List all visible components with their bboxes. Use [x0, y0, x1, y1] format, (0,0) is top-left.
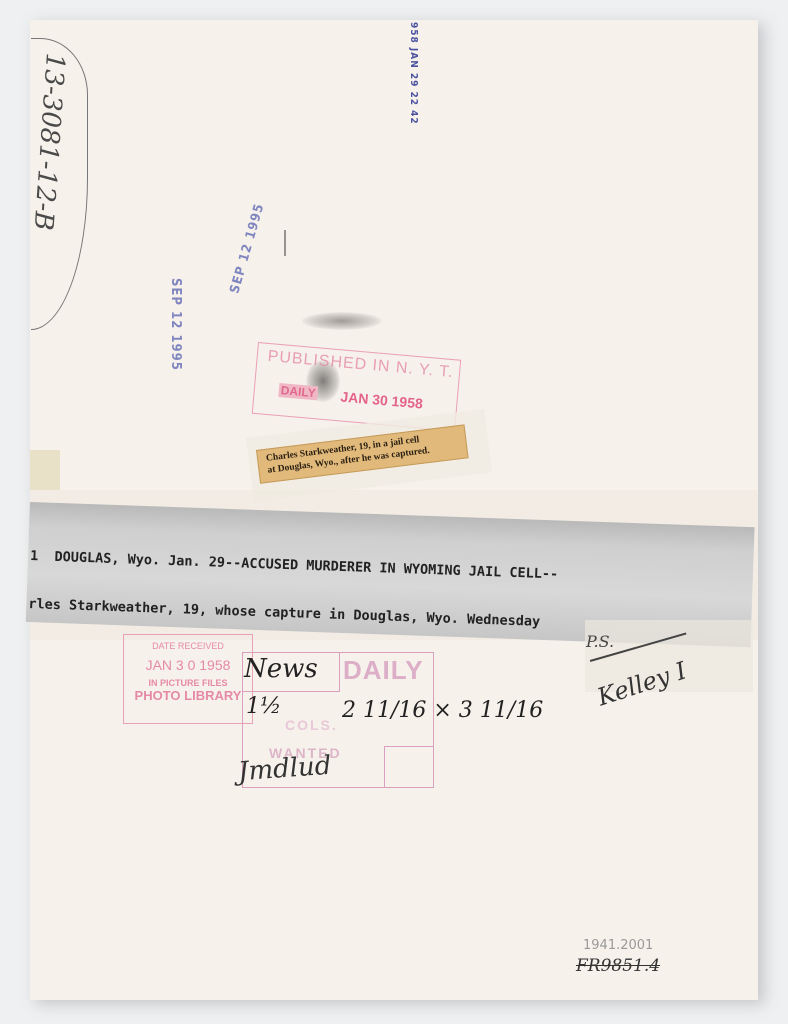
smudge-mark: [302, 312, 382, 330]
date-received-line3: IN PICTURE FILES: [124, 678, 252, 688]
note-columns: 1½: [246, 694, 281, 719]
pencil-stroke: [284, 230, 286, 256]
caption-line: 1 DOUGLAS, Wyo. Jan. 29--ACCUSED MURDERE…: [30, 548, 753, 589]
note-dimensions: 2 11/16 × 3 11/16: [342, 698, 543, 723]
daily-stamp-title: DAILY: [343, 655, 424, 686]
nyt-stamp-edition: DAILY: [278, 383, 318, 400]
tape-corner: [30, 450, 60, 490]
wire-receipt-stamp: 958 JAN 29 22 42: [408, 22, 419, 125]
daily-stamp-cols: COLS.: [285, 717, 338, 733]
object-id: FR9851.4: [576, 956, 660, 976]
nyt-stamp-title: PUBLISHED IN N. Y. T.: [267, 348, 454, 382]
date-received-date: JAN 3 0 1958: [124, 657, 252, 673]
accession-number: 1941.2001: [583, 938, 653, 953]
note-right-top: P.S.: [586, 632, 614, 651]
received-stamp-2: SEP 12 1995: [227, 202, 267, 295]
date-received-stamp: DATE RECEIVED JAN 3 0 1958 IN PICTURE FI…: [123, 634, 253, 724]
received-stamp-1: SEP 12 1995: [168, 278, 183, 371]
note-section: News: [244, 654, 318, 684]
nyt-stamp-date: JAN 30 1958: [340, 388, 424, 411]
date-received-label: DATE RECEIVED: [124, 641, 252, 651]
daily-stamp-cell: [384, 746, 433, 787]
date-received-line4: PHOTO LIBRARY: [124, 688, 252, 703]
photo-back-paper: 13-3081-12-B 958 JAN 29 22 42 SEP 12 199…: [30, 20, 758, 1000]
